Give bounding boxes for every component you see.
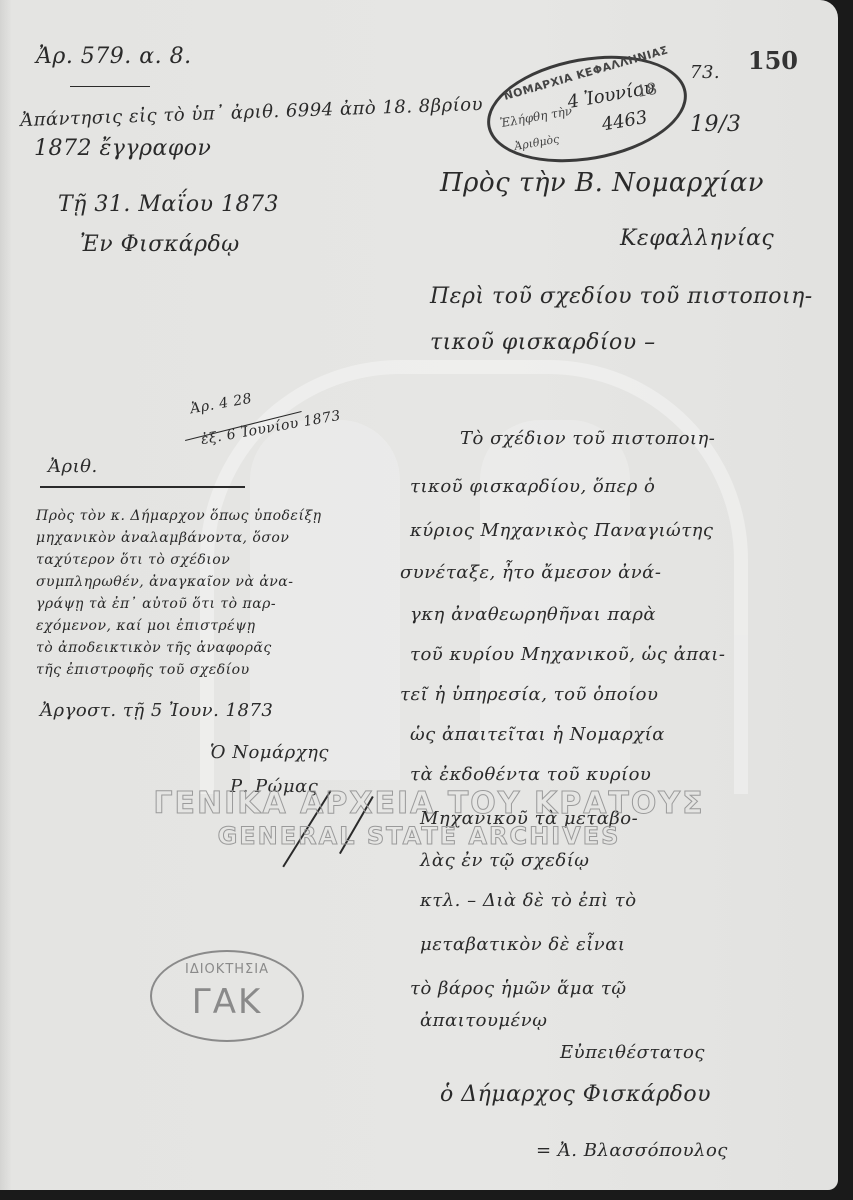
closing-salutation: Εὐπειθέστατος bbox=[560, 1042, 705, 1063]
reply-line: συμπληρωθέν, ἀναγκαῖον νὰ ἀνα- bbox=[36, 574, 294, 590]
body-line: τὰ ἐκδοθέντα τοῦ κυρίου bbox=[410, 764, 651, 785]
body-line: γκη ἀναθεωρηθῆναι παρὰ bbox=[410, 604, 656, 625]
reply-signer-title: Ὁ Νομάρχης bbox=[210, 742, 329, 763]
body-line: τὸ βάρος ἡμῶν ἅμα τῷ bbox=[410, 978, 627, 999]
reference-number: Ἀρ. 579. α. 8. bbox=[36, 44, 192, 69]
body-line: συνέταξε, ἦτο ἄμεσον ἀνά- bbox=[400, 562, 661, 583]
reference-underline bbox=[70, 86, 150, 87]
body-line: μεταβατικὸν δὲ εἶναι bbox=[420, 934, 625, 955]
reply-line: μηχανικὸν ἀναλαμβάνοντα, ὅσον bbox=[36, 530, 289, 546]
reply-line: Πρὸς τὸν κ. Δήμαρχον ὅπως ὑποδείξῃ bbox=[36, 508, 322, 524]
header-line-1: Ἀπάντησις εἰς τὸ ὑπ᾿ ἀριθ. 6994 ἀπὸ 18. … bbox=[20, 94, 484, 131]
body-line: κτλ. – Διὰ δὲ τὸ ἐπὶ τὸ bbox=[420, 890, 637, 911]
body-line: τικοῦ φισκαρδίου, ὅπερ ὁ bbox=[410, 476, 655, 497]
gak-stamp-initials: ΓΑΚ bbox=[152, 982, 302, 1022]
signature-name: = Ἀ. Βλασσόπουλος bbox=[536, 1140, 728, 1161]
reply-heading: Ἀριθ. bbox=[48, 456, 98, 477]
registry-note-line-1: Ἀρ. 4 28 bbox=[189, 391, 253, 418]
stamp-protocol-number: 4463 bbox=[600, 107, 649, 136]
margin-note-73: 73. bbox=[690, 62, 720, 83]
reply-heading-rule bbox=[40, 486, 245, 488]
nomarchy-received-stamp: ΝΟΜΑΡΧΙΑ ΚΕΦΑΛΛΗΝΙΑΣ Ἐλήφθη τὴν 4 Ἰουνίο… bbox=[479, 41, 696, 177]
page-number: 150 bbox=[748, 46, 798, 75]
watermark-english: GENERAL STATE ARCHIVES bbox=[0, 822, 838, 850]
header-place: Ἐν Φισκάρδῳ bbox=[80, 232, 240, 257]
header-date: Τῇ 31. Μαΐου 1873 bbox=[58, 192, 279, 217]
reply-line: εχόμενον, καί μοι ἐπιστρέψῃ bbox=[36, 618, 256, 634]
subject-line-1: Περὶ τοῦ σχεδίου τοῦ πιστοποιη- bbox=[430, 284, 813, 309]
header-line-2: 1872 ἔγγραφον bbox=[34, 136, 211, 161]
gak-ownership-stamp: ΙΔΙΟΚΤΗΣΙΑ ΓΑΚ bbox=[150, 950, 304, 1042]
body-line: τεῖ ἡ ὑπηρεσία, τοῦ ὁποίου bbox=[400, 684, 658, 705]
body-line: τοῦ κυρίου Μηχανικοῦ, ὡς ἀπαι- bbox=[410, 644, 725, 665]
signature-title: ὁ Δήμαρχος Φισκάρδου bbox=[440, 1082, 711, 1107]
stamp-protocol-label: Ἀριθμὸς bbox=[513, 132, 560, 153]
subject-line-2: τικοῦ φισκαρδίου – bbox=[430, 330, 656, 355]
body-line: κύριος Μηχανικὸς Παναγιώτης bbox=[410, 520, 714, 541]
reply-line: τὸ ἀποδεικτικὸν τῆς ἀναφορᾶς bbox=[36, 640, 272, 656]
body-line: λὰς ἐν τῷ σχεδίῳ bbox=[420, 850, 589, 871]
reply-date: Ἀργοστ. τῇ 5 Ἰουν. 1873 bbox=[40, 700, 273, 721]
addressee-line-2: Κεφαλληνίας bbox=[620, 226, 774, 251]
reply-line: γράψῃ τὰ ἐπ᾿ αὐτοῦ ὅτι τὸ παρ- bbox=[36, 596, 276, 612]
body-line: ἀπαιτουμένῳ bbox=[420, 1010, 547, 1031]
reply-line: τῆς ἐπιστροφῆς τοῦ σχεδίου bbox=[36, 662, 250, 678]
gak-stamp-label: ΙΔΙΟΚΤΗΣΙΑ bbox=[152, 962, 302, 977]
body-line: ὡς ἀπαιτεῖται ἡ Νομαρχία bbox=[410, 724, 665, 745]
margin-note-19-3: 19/3 bbox=[690, 112, 741, 137]
body-line: Τὸ σχέδιον τοῦ πιστοποιη- bbox=[460, 428, 715, 449]
watermark-greek: ΓΕΝΙΚΑ ΑΡΧΕΙΑ ΤΟΥ ΚΡΑΤΟΥΣ bbox=[20, 786, 838, 821]
reply-line: ταχύτερον ὅτι τὸ σχέδιον bbox=[36, 552, 230, 568]
addressee-line-1: Πρὸς τὴν Β. Νομαρχίαν bbox=[440, 168, 764, 198]
document-page: 150 Ἀρ. 579. α. 8. Ἀπάντησις εἰς τὸ ὑπ᾿ … bbox=[0, 0, 838, 1190]
stamp-received-label: Ἐλήφθη τὴν bbox=[499, 104, 573, 130]
stamp-day-number: 18 bbox=[635, 79, 658, 101]
